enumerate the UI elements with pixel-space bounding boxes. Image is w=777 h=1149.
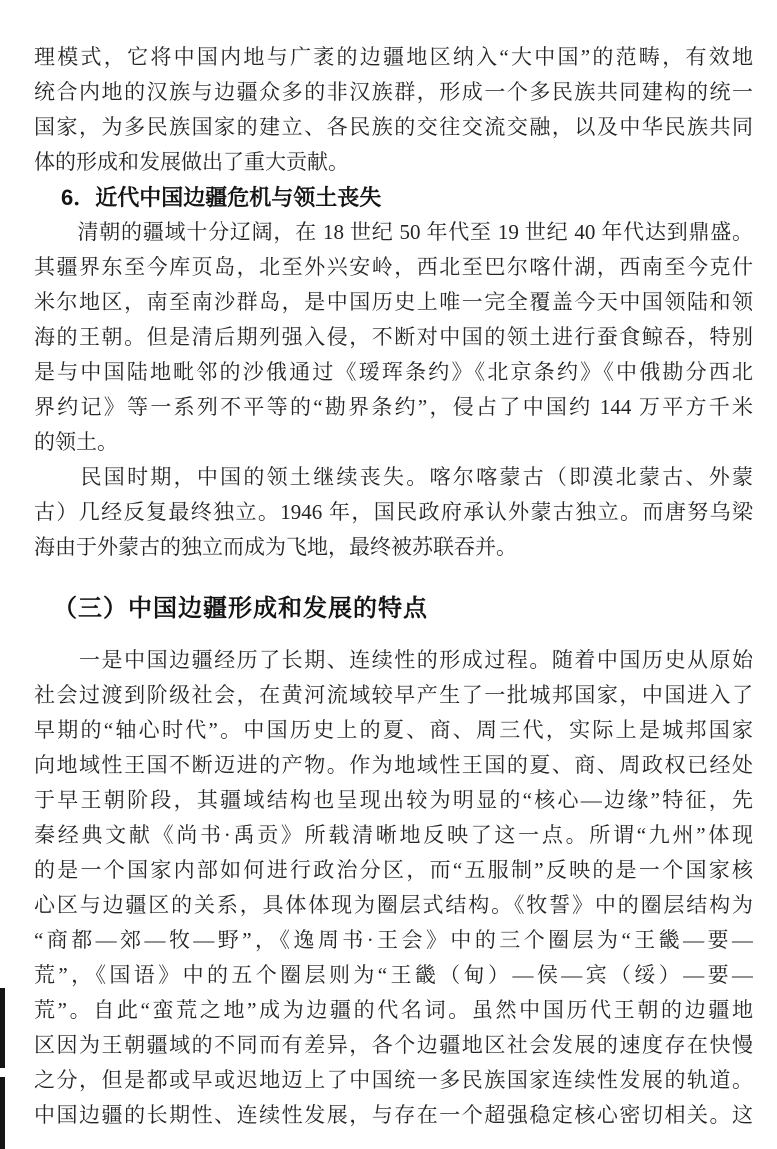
paragraph-qing-territory: 清朝的疆域十分辽阔，在 18 世纪 50 年代至 19 世纪 40 年代达到鼎盛… [34,215,753,460]
text-line: 清朝的疆域十分辽阔，在 18 世纪 50 年代至 19 世纪 40 年代达到鼎盛… [34,215,753,250]
text-line: 统合内地的汉族与边疆众多的非汉族群，形成一个多民族共同建构的统一 [34,75,753,110]
heading-section-6: 6．近代中国边疆危机与领土丧失 [34,180,753,215]
text-line: 秦经典文献《尚书·禹贡》所载清晰地反映了这一点。所谓“九州”体现 [34,818,753,853]
paragraph-frontier-formation: 一是中国边疆经历了长期、连续性的形成过程。随着中国历史从原始社会过渡到阶级社会，… [34,643,753,1133]
text-line: 区因为王朝疆域的不同而有差异，各个边疆地区社会发展的速度存在快慢 [34,1028,753,1063]
text-line: 一是中国边疆经历了长期、连续性的形成过程。随着中国历史从原始 [34,643,753,678]
text-line: 社会过渡到阶级社会，在黄河流域较早产生了一批城邦国家，中国进入了 [34,678,753,713]
text-line: 于早王朝阶段，其疆域结构也呈现出较为明显的“核心—边缘”特征，先 [34,783,753,818]
text-line: 海由于外蒙古的独立而成为飞地，最终被苏联吞并。 [34,530,753,565]
text-line: 向地域性王国不断迈进的产物。作为地域性王国的夏、商、周政权已经处 [34,748,753,783]
text-line: 国家，为多民族国家的建立、各民族的交往交流交融，以及中华民族共同 [34,110,753,145]
text-line: 荒”，《国语》中的五个圈层则为“王畿（甸）—侯—宾（绥）—要— [34,958,753,993]
text-line: 早期的“轴心时代”。中国历史上的夏、商、周三代，实际上是城邦国家 [34,713,753,748]
text-line: 民国时期，中国的领土继续丧失。喀尔喀蒙古（即漠北蒙古、外蒙 [34,460,753,495]
paragraph-republic-losses: 民国时期，中国的领土继续丧失。喀尔喀蒙古（即漠北蒙古、外蒙古）几经反复最终独立。… [34,460,753,565]
text-line: 心区与边疆区的关系，具体体现为圈层式结构。《牧誓》中的圈层结构为 [34,888,753,923]
text-line: 之分，但是都或早或迟地迈上了中国统一多民族国家连续性发展的轨道。 [34,1063,753,1098]
text-line: 界约记》等一系列不平等的“勘界条约”，侵占了中国约 144 万平方千米 [34,390,753,425]
text-line: 海的王朝。但是清后期列强入侵，不断对中国的领土进行蚕食鲸吞，特别 [34,320,753,355]
text-line: 的领土。 [34,425,753,460]
heading-section-three: （三）中国边疆形成和发展的特点 [34,591,753,627]
text-line: 是与中国陆地毗邻的沙俄通过《瑷珲条约》《北京条约》《中俄勘分西北 [34,355,753,390]
text-line: 的是一个国家内部如何进行政治分区，而“五服制”反映的是一个国家核 [34,853,753,888]
text-line: 理模式，它将中国内地与广袤的边疆地区纳入“大中国”的范畴，有效地 [34,40,753,75]
paragraph-governance-model: 理模式，它将中国内地与广袤的边疆地区纳入“大中国”的范畴，有效地统合内地的汉族与… [34,40,753,180]
text-line: 米尔地区，南至南沙群岛，是中国历史上唯一完全覆盖今天中国领陆和领 [34,285,753,320]
book-page: 理模式，它将中国内地与广袤的边疆地区纳入“大中国”的范畴，有效地统合内地的汉族与… [0,0,777,1149]
text-line: 体的形成和发展做出了重大贡献。 [34,145,753,180]
text-line: 中国边疆的长期性、连续性发展，与存在一个超强稳定核心密切相关。这 [34,1098,753,1133]
text-line: “商都—郊—牧—野”，《逸周书·王会》中的三个圈层为“王畿—要— [34,923,753,958]
scan-artifact-mark [0,988,5,1068]
text-line: 其疆界东至今库页岛，北至外兴安岭，西北至巴尔喀什湖，西南至今克什 [34,250,753,285]
text-line: 荒”。自此“蛮荒之地”成为边疆的代名词。虽然中国历代王朝的边疆地 [34,993,753,1028]
scan-artifact-mark [0,1077,5,1149]
text-line: 古）几经反复最终独立。1946 年，国民政府承认外蒙古独立。而唐努乌梁 [34,495,753,530]
